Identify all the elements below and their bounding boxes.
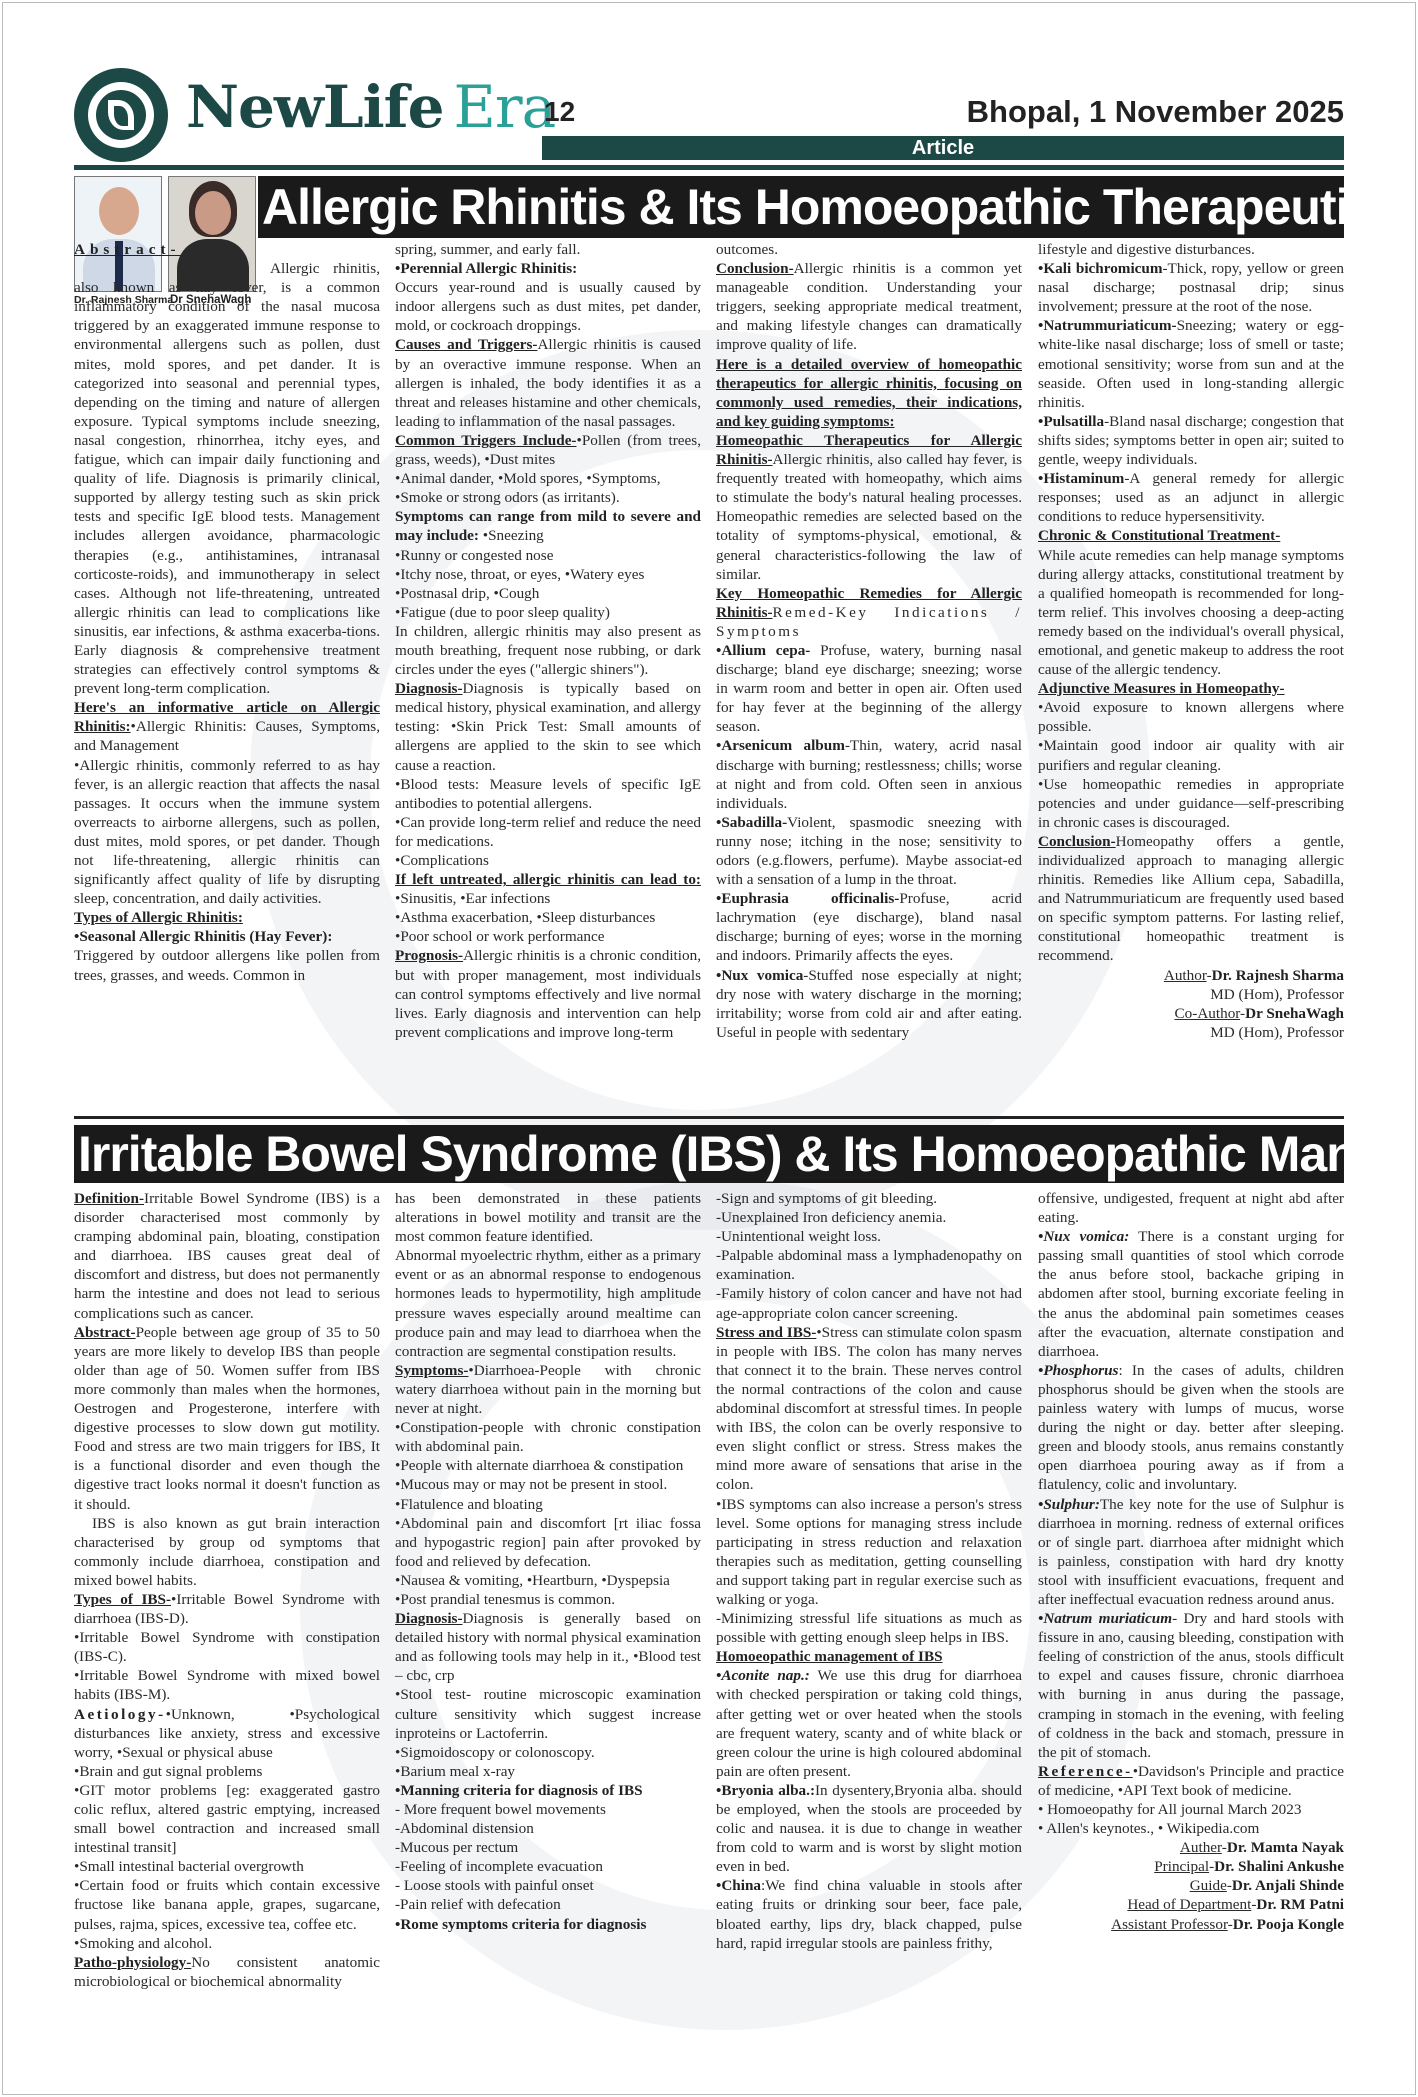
page-number: 12 [544, 96, 575, 128]
remedy-item: •Nux vomica-Stuffed nose especially at n… [716, 966, 1022, 1042]
author-title: MD (Hom), Professor [1038, 985, 1344, 1004]
brand-name-part1: NewLife [186, 73, 444, 141]
masthead-rule [74, 165, 1344, 170]
list-item: •IBS symptoms can also increase a person… [716, 1495, 1022, 1610]
list-item: •Avoid exposure to known allergens where… [1038, 698, 1344, 736]
gut-brain-paragraph: IBS is also known as gut brain interacti… [74, 1514, 380, 1590]
list-item: •Stool test- routine microscopic examina… [395, 1685, 701, 1742]
list-item: •Postnasal drip, •Cough [395, 584, 701, 603]
brand-name: NewLifeEra [186, 78, 555, 136]
coauthor-credit: Co-Author-Dr SnehaWagh [1038, 1004, 1344, 1023]
management-heading: Homoeopathic management of IBS [716, 1647, 1022, 1666]
abstract-paragraph: Abstract-People between age group of 35 … [74, 1323, 380, 1514]
article2-column-3: -Sign and symptoms of git bleeding. -Une… [716, 1189, 1022, 1953]
list-item: -Feeling of incomplete evacuation [395, 1857, 701, 1876]
diagnosis-paragraph: Diagnosis-Diagnosis is typically based o… [395, 679, 701, 774]
remedy-item: •Sulphur:The key note for the use of Sul… [1038, 1495, 1344, 1610]
article2-headline: Irritable Bowel Syndrome (IBS) & Its Hom… [74, 1125, 1344, 1183]
list-item: -Abdominal distension [395, 1819, 701, 1838]
remedy-item: •Sabadilla-Violent, spasmodic sneezing w… [716, 813, 1022, 889]
list-item: -Unexplained Iron deficiency anemia. [716, 1208, 1022, 1227]
symptoms-paragraph: Symptoms can range from mild to severe a… [395, 507, 701, 545]
article2-column-1: Definition-Irritable Bowel Syndrome (IBS… [74, 1189, 380, 1991]
abstract-text: Allergic rhinitis, also known as hay fev… [74, 259, 380, 698]
abstract-paragraph: Abstract- [74, 240, 380, 259]
list-item: -Pain relief with defecation [395, 1895, 701, 1914]
therapeutics-paragraph: Homeopathic Therapeutics for Allergic Rh… [716, 431, 1022, 584]
remedy-item: •Histaminum-A general remedy for allergi… [1038, 469, 1344, 526]
untreated-paragraph: If left untreated, allergic rhinitis can… [395, 870, 701, 908]
list-item: - Loose stools with painful onset [395, 1876, 701, 1895]
remedy-item: •Arsenicum album-Thin, watery, acrid nas… [716, 736, 1022, 812]
list-item: •Itchy nose, throat, or eyes, •Watery ey… [395, 565, 701, 584]
logo-leaf-icon [74, 68, 168, 162]
manning-heading: •Manning criteria for diagnosis of IBS [395, 1781, 701, 1800]
list-item: •Brain and gut signal problems [74, 1762, 380, 1781]
symptoms-paragraph: Symptoms-•Diarrhoea-People with chronic … [395, 1361, 701, 1418]
hod-credit: Head of Department-Dr. RM Patni [1038, 1895, 1344, 1914]
remedy-item: •Bryonia alba.:In dysentery,Bryonia alba… [716, 1781, 1022, 1876]
seasonal-heading: •Seasonal Allergic Rhinitis (Hay Fever): [74, 927, 380, 946]
conclusion-paragraph: Conclusion-Allergic rhinitis is a common… [716, 259, 1022, 354]
remedy-item: •China:We find china valuable in stools … [716, 1876, 1022, 1952]
list-item: • Allen's keynotes., • Wikipedia.com [1038, 1819, 1344, 1838]
paragraph: offensive, undigested, frequent at night… [1038, 1189, 1344, 1227]
list-item: •Barium meal x-ray [395, 1762, 701, 1781]
paragraph: spring, summer, and early fall. [395, 240, 701, 259]
key-remedies-paragraph: Key Homeopathic Remedies for Allergic Rh… [716, 584, 1022, 641]
list-item: •Asthma exacerbation, •Sleep disturbance… [395, 908, 701, 927]
article2-column-4: offensive, undigested, frequent at night… [1038, 1189, 1344, 1934]
list-item: •Blood tests: Measure levels of specific… [395, 775, 701, 813]
chronic-text: While acute remedies can help manage sym… [1038, 546, 1344, 680]
list-item: •People with alternate diarrhoea & const… [395, 1456, 701, 1475]
list-item: •Maintain good indoor air quality with a… [1038, 736, 1344, 774]
overview-heading: Here is a detailed overview of homeopath… [716, 355, 1022, 431]
coauthor-title: MD (Hom), Professor [1038, 1023, 1344, 1042]
article1-headline: Allergic Rhinitis & Its Homoeopathic The… [258, 176, 1344, 238]
author-credit: Auther-Dr. Mamta Nayak [1038, 1838, 1344, 1857]
myoelectric-paragraph: Abnormal myoelectric rhythm, either as a… [395, 1246, 701, 1361]
chronic-heading: Chronic & Constitutional Treatment- [1038, 526, 1344, 545]
list-item: •Nausea & vomiting, •Heartburn, •Dyspeps… [395, 1571, 701, 1590]
conclusion-paragraph: Conclusion-Homeopathy offers a gentle, i… [1038, 832, 1344, 966]
perennial-text: Occurs year-round and is usually caused … [395, 278, 701, 335]
list-item: •GIT motor problems [eg: exaggerated gas… [74, 1781, 380, 1857]
remedy-item: •Kali bichromicum-Thick, ropy, yellow or… [1038, 259, 1344, 316]
patho-paragraph: Patho-physiology-No consistent anatomic … [74, 1953, 380, 1991]
causes-paragraph: Causes and Triggers-Allergic rhinitis is… [395, 335, 701, 430]
list-item: • Homoeopathy for All journal March 2023 [1038, 1800, 1344, 1819]
stress-paragraph: Stress and IBS-•Stress can stimulate col… [716, 1323, 1022, 1495]
masthead: NewLifeEra 12 Bhopal, 1 November 2025 Ar… [74, 68, 1344, 168]
article2-column-2: has been demonstrated in these patients … [395, 1189, 701, 1934]
remedy-item: •Pulsatilla-Bland nasal discharge; conge… [1038, 412, 1344, 469]
remedy-item: •Phosphorus: In the cases of adults, chi… [1038, 1361, 1344, 1495]
dateline: Bhopal, 1 November 2025 [967, 94, 1344, 130]
list-item: •Constipation-people with chronic consti… [395, 1418, 701, 1456]
assistant-professor-credit: Assistant Professor-Dr. Pooja Kongle [1038, 1915, 1344, 1934]
list-item: •Sigmoidoscopy or colonoscopy. [395, 1743, 701, 1762]
list-item: •Poor school or work performance [395, 927, 701, 946]
list-item: •Fatigue (due to poor sleep quality) [395, 603, 701, 622]
list-item: •Mucous may or may not be present in sto… [395, 1475, 701, 1494]
perennial-heading: •Perennial Allergic Rhinitis: [395, 259, 701, 278]
remedy-item: •Natrummuriaticum-Sneezing; watery or eg… [1038, 316, 1344, 411]
article1-column-1: Abstract- Allergic rhinitis, also known … [74, 240, 380, 985]
list-item: -Minimizing stressful life situations as… [716, 1609, 1022, 1647]
remedy-item: •Allium cepa- Profuse, watery, burning n… [716, 641, 1022, 736]
prognosis-paragraph: Prognosis-Allergic rhinitis is a chronic… [395, 946, 701, 1041]
article-separator [74, 1116, 1344, 1119]
remedy-item: •Nux vomica: There is a constant urging … [1038, 1227, 1344, 1361]
article1-column-2: spring, summer, and early fall. •Perenni… [395, 240, 701, 1042]
overview-paragraph: •Allergic rhinitis, commonly referred to… [74, 756, 380, 909]
list-item: •Irritable Bowel Syndrome with constipat… [74, 1628, 380, 1666]
list-item: •Animal dander, •Mold spores, •Symptoms, [395, 469, 701, 488]
article1-column-4: lifestyle and digestive disturbances. •K… [1038, 240, 1344, 1042]
section-label: Article [542, 136, 1344, 160]
list-item: •Flatulence and bloating [395, 1495, 701, 1514]
reference-paragraph: Reference-•Davidson's Principle and prac… [1038, 1762, 1344, 1800]
remedy-item: •Aconite nap.: We use this drug for diar… [716, 1666, 1022, 1781]
triggers-paragraph: Common Triggers Include-•Pollen (from tr… [395, 431, 701, 469]
list-item: •Certain food or fruits which contain ex… [74, 1876, 380, 1933]
aetiology-paragraph: Aetiology-•Unknown, •Psychological distu… [74, 1705, 380, 1762]
list-item: -Palpable abdominal mass a lymphadenopat… [716, 1246, 1022, 1284]
list-item: •Complications [395, 851, 701, 870]
list-item: -Unintentional weight loss. [716, 1227, 1022, 1246]
remedy-item: •Natrum muriaticum- Dry and hard stools … [1038, 1609, 1344, 1762]
list-item: •Irritable Bowel Syndrome with mixed bow… [74, 1666, 380, 1704]
list-item: -Family history of colon cancer and have… [716, 1284, 1022, 1322]
list-item: •Post prandial tenesmus is common. [395, 1590, 701, 1609]
list-item: •Runny or congested nose [395, 546, 701, 565]
informative-paragraph: Here's an informative article on Allergi… [74, 698, 380, 755]
diagnosis-paragraph: Diagnosis-Diagnosis is generally based o… [395, 1609, 701, 1685]
principal-credit: Principal-Dr. Shalini Ankushe [1038, 1857, 1344, 1876]
list-item: •Use homeopathic remedies in appropriate… [1038, 775, 1344, 832]
brand-name-part2: Era [454, 73, 556, 141]
list-item: •Smoke or strong odors (as irritants). [395, 488, 701, 507]
seasonal-text: Triggered by outdoor allergens like poll… [74, 946, 380, 984]
remedy-item: •Euphrasia officinalis-Profuse, acrid la… [716, 889, 1022, 965]
list-item: •Smoking and alcohol. [74, 1934, 380, 1953]
article1-column-3: outcomes. Conclusion-Allergic rhinitis i… [716, 240, 1022, 1042]
list-item: •Can provide long-term relief and reduce… [395, 813, 701, 851]
paragraph: outcomes. [716, 240, 1022, 259]
guide-credit: Guide-Dr. Anjali Shinde [1038, 1876, 1344, 1895]
types-paragraph: Types of IBS-•Irritable Bowel Syndrome w… [74, 1590, 380, 1628]
paragraph: has been demonstrated in these patients … [395, 1189, 701, 1246]
list-item: •Abdominal pain and discomfort [rt iliac… [395, 1514, 701, 1571]
list-item: -Mucous per rectum [395, 1838, 701, 1857]
definition-paragraph: Definition-Irritable Bowel Syndrome (IBS… [74, 1189, 380, 1323]
list-item: - More frequent bowel movements [395, 1800, 701, 1819]
list-item: -Sign and symptoms of git bleeding. [716, 1189, 1022, 1208]
list-item: •Small intestinal bacterial overgrowth [74, 1857, 380, 1876]
author-credit: Author-Dr. Rajnesh Sharma [1038, 966, 1344, 985]
rome-heading: •Rome symptoms criteria for diagnosis [395, 1915, 701, 1934]
paragraph: lifestyle and digestive disturbances. [1038, 240, 1344, 259]
adjunctive-heading: Adjunctive Measures in Homeopathy- [1038, 679, 1344, 698]
children-paragraph: In children, allergic rhinitis may also … [395, 622, 701, 679]
types-heading: Types of Allergic Rhinitis: [74, 908, 380, 927]
